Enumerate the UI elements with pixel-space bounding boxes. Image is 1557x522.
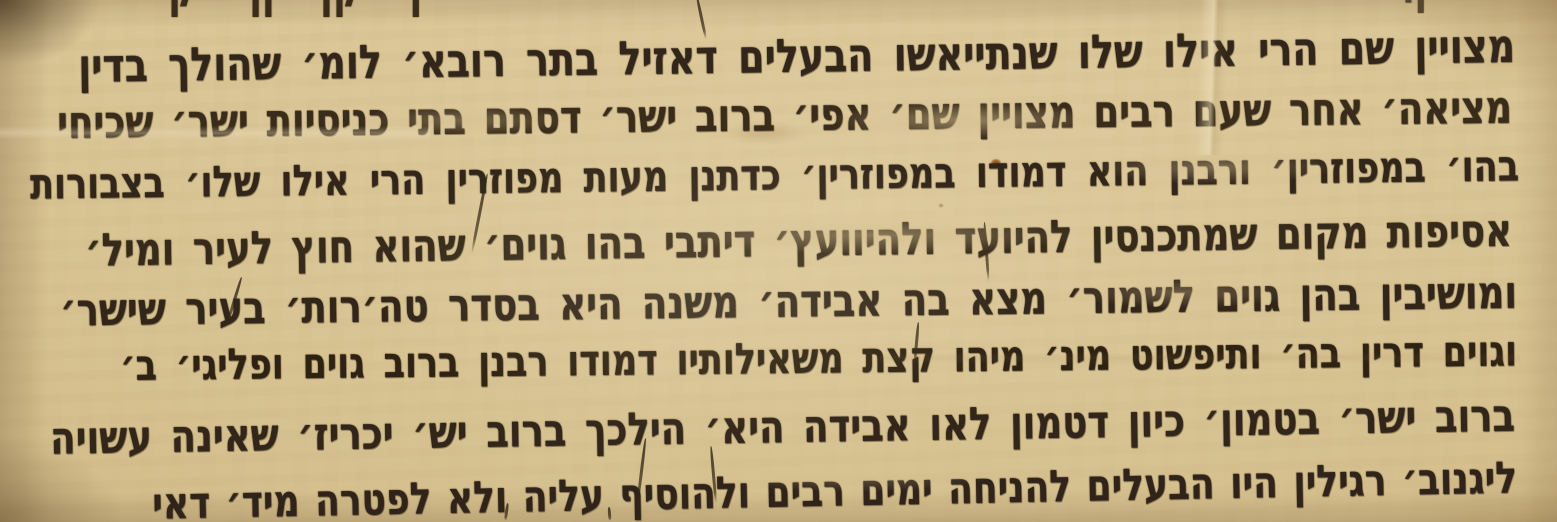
manuscript-line: אסיפות מקום שמתכנסין להיועד ולהיוועץ׳ די… xyxy=(85,204,1513,276)
manuscript-scan: ץ קן ןך ק ןו מצויין שם הרי אילו שלו שנתי… xyxy=(0,0,1557,522)
manuscript-line: ברוב ישר׳ בטמון׳ כיון דטמון לאו אבידה הי… xyxy=(50,389,1516,464)
manuscript-line-fragment-top-2: ןו xyxy=(1337,0,1427,13)
manuscript-line: מצויין שם הרי אילו שלו שנתייאשו הבעלים ד… xyxy=(78,19,1516,93)
manuscript-line: מציאה׳ אחר שעם רבים מצויין שם׳ אפי׳ ברוב… xyxy=(57,81,1512,149)
rust-stain-small xyxy=(938,203,944,208)
manuscript-line: וגוים דרין בה׳ ותיפשוט מינ׳ מיהו קצת משא… xyxy=(120,328,1517,391)
manuscript-line: ליגנוב׳ רגילין היו הבעלים להניחה ימים רב… xyxy=(160,453,1518,522)
manuscript-line: בהו׳ במפוזרין׳ ורבנן הוא דמודו במפוזרין׳… xyxy=(30,143,1519,210)
manuscript-line: ומושיבין בהן גוים לשמור׳ מצא בה אבידה׳ מ… xyxy=(60,266,1518,336)
manuscript-line-fragment-top: ץ קן ןך ק xyxy=(168,0,430,17)
